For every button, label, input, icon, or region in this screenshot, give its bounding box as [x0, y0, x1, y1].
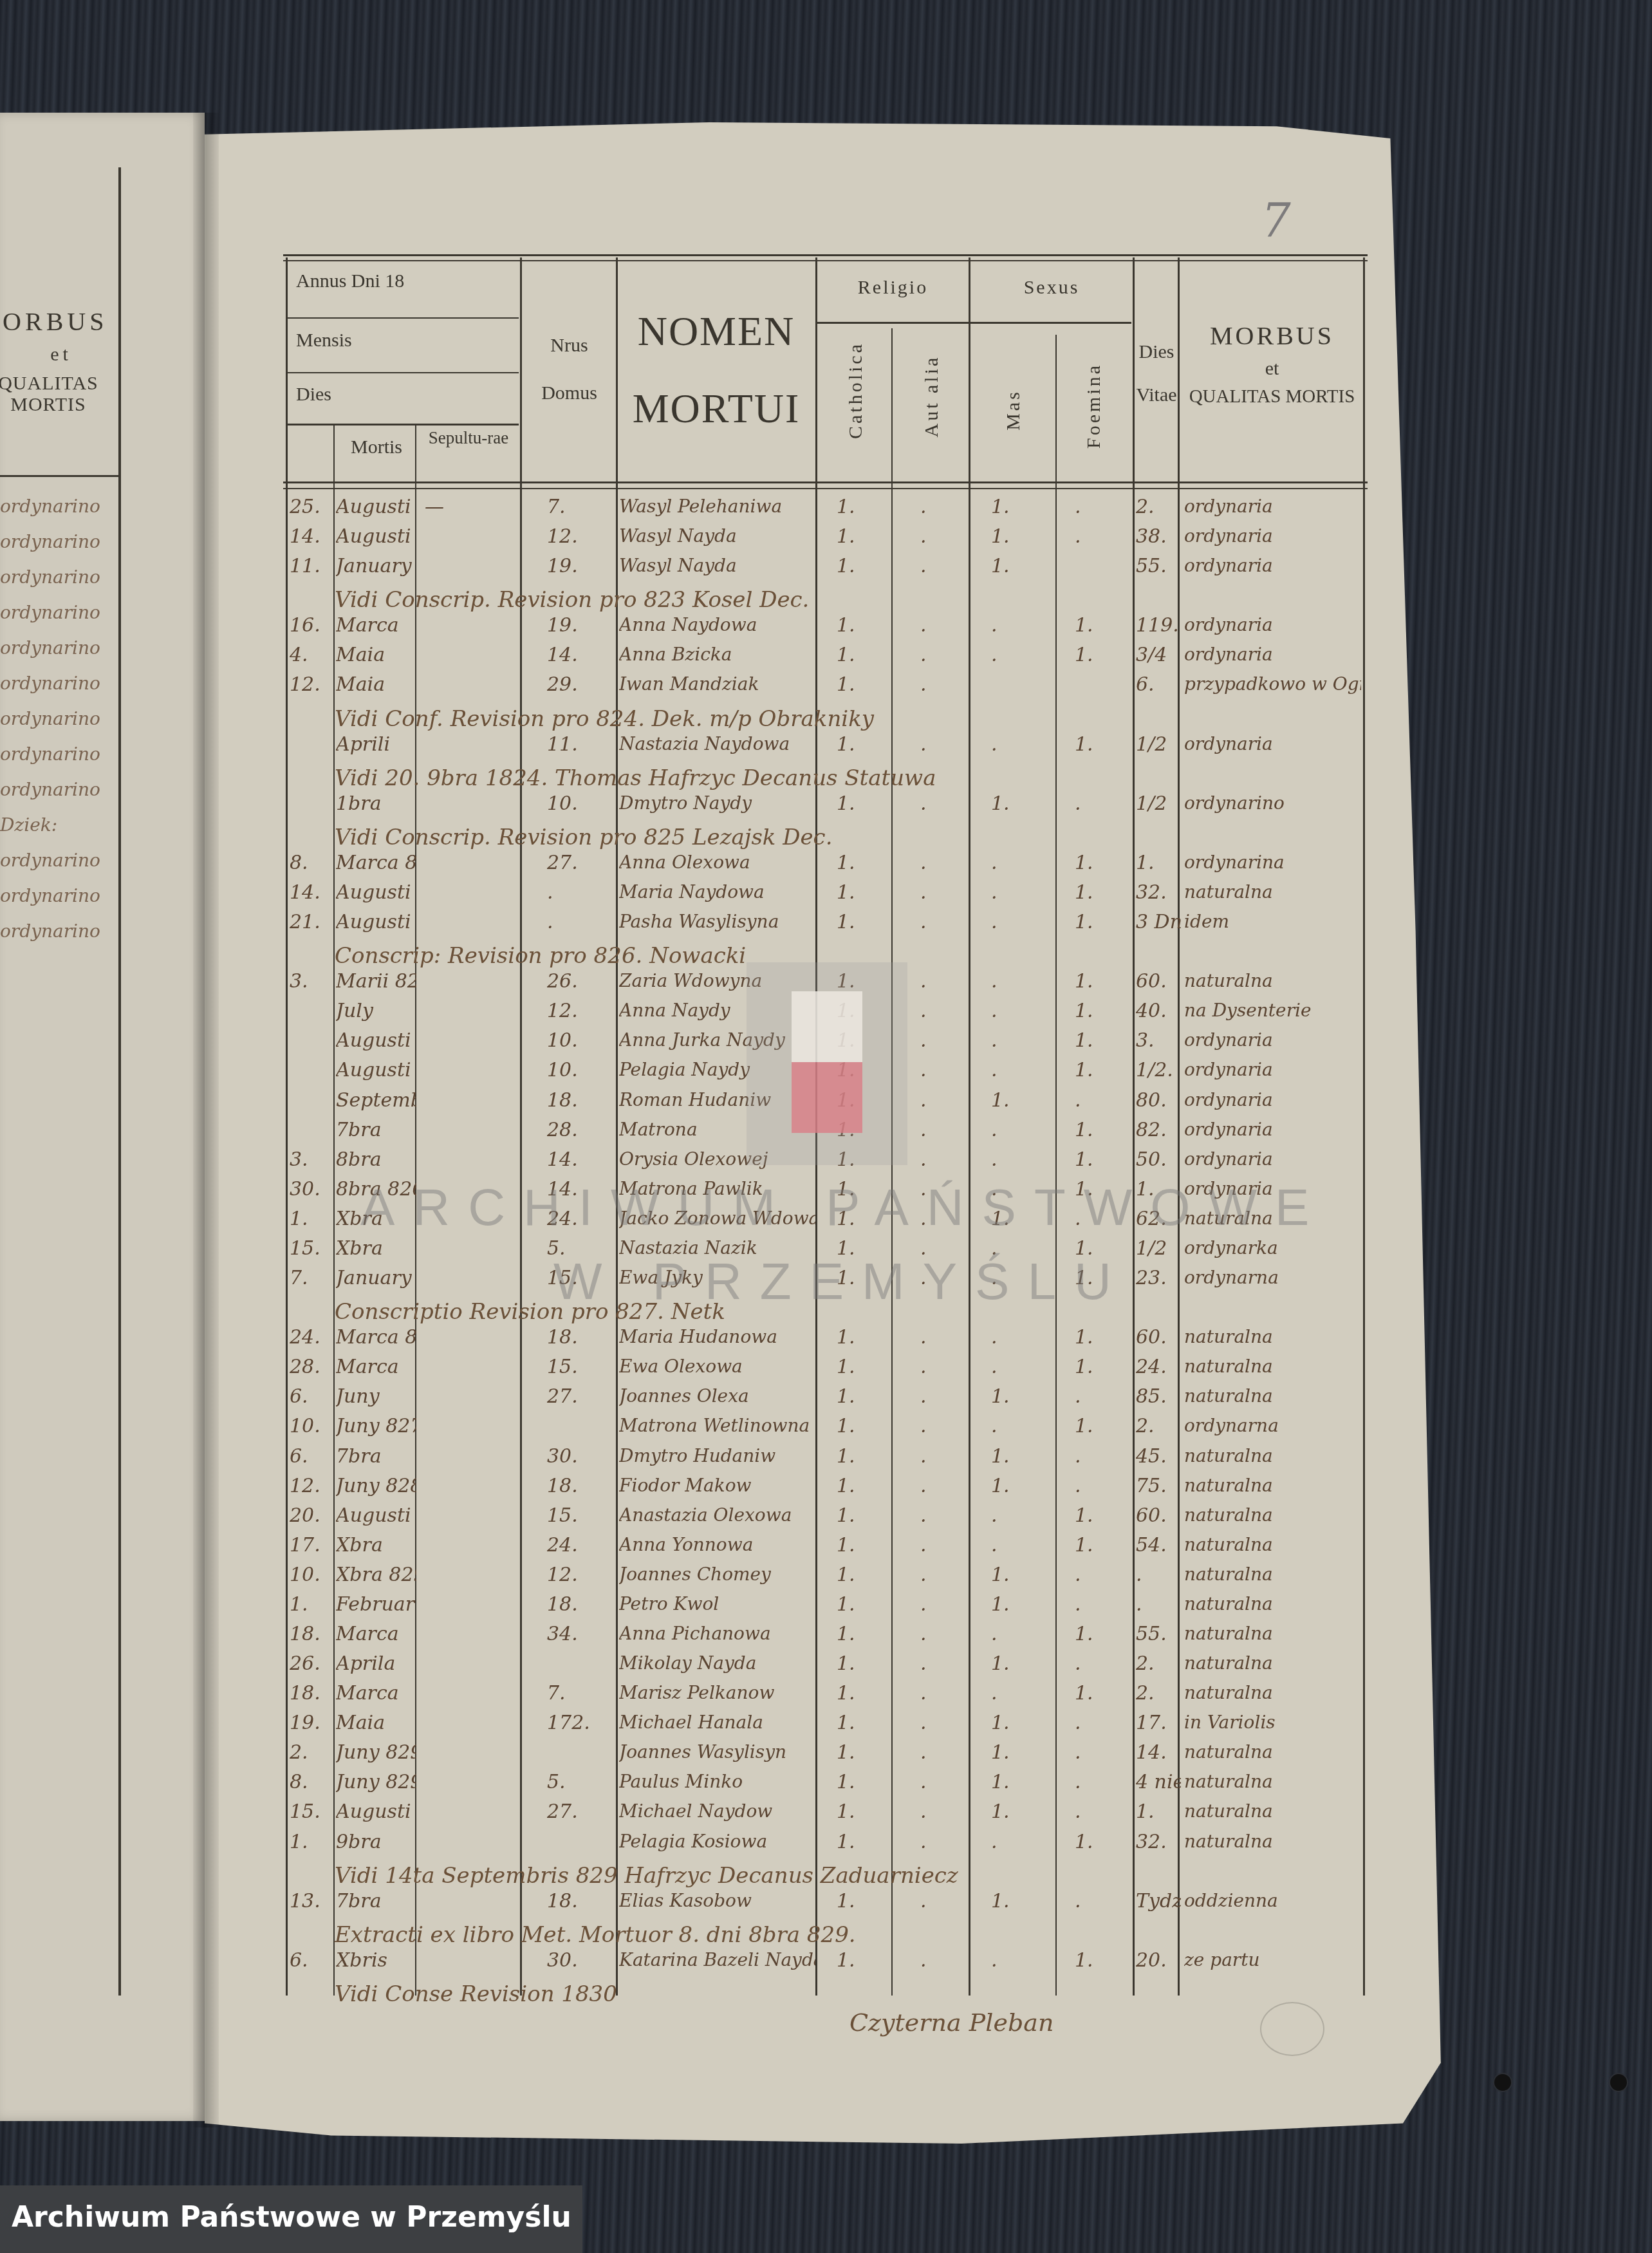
cell-sep: —: [425, 496, 515, 518]
cell-month: Augusti: [336, 496, 416, 518]
cell-vitae: 38.: [1136, 525, 1181, 548]
cell-morbus: in Variolis: [1184, 1712, 1361, 1733]
cell-alia: .: [920, 1029, 952, 1052]
cell-alia: .: [920, 1800, 952, 1823]
cell-month: Marca: [336, 614, 416, 637]
cell-name: Ewa Olexowa: [619, 1356, 815, 1377]
cell-month: Augusti: [336, 1059, 416, 1081]
cell-domus: 7.: [547, 1682, 611, 1705]
cell-name: Dmytro Naydy: [619, 792, 815, 814]
cell-alia: .: [920, 1564, 952, 1586]
cell-month: Marca 827: [336, 1326, 416, 1349]
cell-morbus: ordynaria: [1184, 496, 1361, 517]
cell-name: Dmytro Hudaniw: [619, 1445, 815, 1466]
cell-cath: 1.: [837, 496, 888, 518]
cell-domus: 11.: [547, 733, 611, 756]
cell-morbus: naturalna: [1184, 1504, 1361, 1526]
header-sexus: Sexus: [970, 277, 1133, 298]
header-foemina: Foemina: [1083, 371, 1105, 449]
watermark-flag-white: [792, 991, 862, 1062]
header-annus: Annus Dni 18: [296, 270, 404, 292]
cell-name: Iwan Mandziak: [619, 673, 815, 695]
cell-month: 9bra: [336, 1831, 416, 1853]
cell-cath: 1.: [837, 1445, 888, 1468]
cell-day: 12.: [290, 673, 335, 696]
cell-name: Anna Pichanowa: [619, 1623, 815, 1644]
cell-foem: .: [1075, 1712, 1126, 1734]
cell-vitae: 60.: [1136, 970, 1181, 993]
cell-cath: 1.: [837, 1504, 888, 1527]
cell-alia: .: [920, 1623, 952, 1645]
cell-mas: 1.: [991, 1800, 1043, 1823]
cell-alia: .: [920, 1089, 952, 1112]
cell-vitae: 2.: [1136, 1682, 1181, 1705]
cell-month: Juny 829: [336, 1741, 416, 1764]
cell-cath: 1.: [837, 1385, 888, 1408]
cell-vitae: 17.: [1136, 1712, 1181, 1734]
cell-day: 24.: [290, 1326, 335, 1349]
cell-name: Nastazia Naydowa: [619, 733, 815, 754]
cell-alia: .: [920, 614, 952, 637]
header-dies: Dies: [296, 384, 331, 405]
cell-vitae: 4 niesiecy: [1136, 1771, 1181, 1793]
cell-domus: 29.: [547, 673, 611, 696]
cell-foem: 1.: [1075, 1029, 1126, 1052]
cell-cath: 1.: [837, 1326, 888, 1349]
cell-alia: .: [920, 970, 952, 993]
register-annotation: Extracti ex libro Met. Mortuor 8. dni 8b…: [335, 1922, 856, 1948]
cell-month: Marca: [336, 1623, 416, 1645]
cell-name: Petro Kwol: [619, 1593, 815, 1614]
header-morbus-et: et: [1180, 358, 1364, 379]
cell-foem: 1.: [1075, 852, 1126, 874]
cell-mas: .: [991, 1000, 1043, 1022]
cell-vitae: 2.: [1136, 1415, 1181, 1437]
cell-month: 8bra: [336, 1148, 416, 1171]
cell-day: 19.: [290, 1712, 335, 1734]
cell-cath: 1.: [837, 614, 888, 637]
cell-cath: 1.: [837, 1623, 888, 1645]
cell-alia: .: [920, 1059, 952, 1081]
cell-month: 7bra: [336, 1890, 416, 1912]
cell-morbus: naturalna: [1184, 881, 1361, 902]
cell-day: 18.: [290, 1623, 335, 1645]
register-row: 21.Augusti.Pasha Wasylisyna1...1.3 Dniid…: [0, 911, 1652, 956]
cell-month: Juny 829: [336, 1771, 416, 1793]
cell-alia: .: [920, 733, 952, 756]
cell-morbus: ordynarna: [1184, 1267, 1361, 1288]
cell-foem: 1.: [1075, 1682, 1126, 1705]
cell-domus: 14.: [547, 644, 611, 666]
cell-domus: 18.: [547, 1890, 611, 1912]
screw-icon: [1609, 2073, 1628, 2092]
cell-day: 4.: [290, 644, 335, 666]
cell-alia: .: [920, 525, 952, 548]
cell-morbus: naturalna: [1184, 1652, 1361, 1674]
cell-morbus: ordynaria: [1184, 1059, 1361, 1080]
header-aut-alia: Aut alia: [921, 357, 943, 438]
cell-alia: .: [920, 644, 952, 666]
cell-vitae: 1/2: [1136, 1237, 1181, 1260]
cell-morbus: ordynaria: [1184, 644, 1361, 665]
cell-cath: 1.: [837, 881, 888, 904]
cell-morbus: na Dysenterie: [1184, 1000, 1361, 1021]
cell-alia: .: [920, 1000, 952, 1022]
header-mas: Mas: [1003, 368, 1025, 452]
cell-day: 17.: [290, 1534, 335, 1557]
register-annotation: Conscrip: Revision pro 826. Nowacki: [335, 943, 746, 969]
cell-day: 1.: [290, 1208, 335, 1230]
cell-foem: 1.: [1075, 1534, 1126, 1557]
cell-alia: .: [920, 1356, 952, 1378]
cell-name: Anastazia Olexowa: [619, 1504, 815, 1526]
cell-name: Joannes Wasylisyn: [619, 1741, 815, 1762]
cell-alia: .: [920, 1385, 952, 1408]
cell-name: Maria Hudanowa: [619, 1326, 815, 1347]
left-morbus-header: MORBUS et QUALITAS MORTIS: [0, 308, 122, 415]
header-morbus: MORBUS et QUALITAS MORTIS: [1180, 322, 1364, 407]
cell-name: Elias Kasobow: [619, 1890, 815, 1911]
cell-vitae: 50.: [1136, 1148, 1181, 1171]
watermark-line-2: W PRZEMYŚLU: [553, 1252, 1129, 1311]
cell-mas: 1.: [991, 496, 1043, 518]
cell-foem: 1.: [1075, 881, 1126, 904]
cell-mas: 1.: [991, 1712, 1043, 1734]
cell-foem: 1.: [1075, 1148, 1126, 1171]
register-row: 11.January19.Wasyl Nayda1..1.55.ordynari…: [0, 555, 1652, 600]
cell-alia: .: [920, 555, 952, 577]
archive-stamp: [1260, 2002, 1324, 2056]
cell-foem: 1.: [1075, 644, 1126, 666]
cell-domus: 30.: [547, 1949, 611, 1972]
cell-alia: .: [920, 1712, 952, 1734]
header-sepulturae: Sepultu-rae: [417, 429, 520, 448]
cell-month: 7bra: [336, 1119, 416, 1141]
cell-cath: 1.: [837, 792, 888, 815]
cell-foem: .: [1075, 792, 1126, 815]
cell-vitae: 55.: [1136, 555, 1181, 577]
cell-domus: 7.: [547, 496, 611, 518]
cell-foem: .: [1075, 1890, 1126, 1912]
register-annotation: Vidi 20. 9bra 1824. Thomas Hafrzyc Decan…: [335, 765, 936, 791]
header-morbus-title: MORBUS: [1180, 322, 1364, 350]
cell-domus: 27.: [547, 852, 611, 874]
cell-mas: .: [991, 1504, 1043, 1527]
cell-vitae: 82.: [1136, 1119, 1181, 1141]
cell-alia: .: [920, 1771, 952, 1793]
cell-month: Augusti: [336, 525, 416, 548]
cell-mas: .: [991, 1682, 1043, 1705]
cell-foem: .: [1075, 1800, 1126, 1823]
cell-month: Xbra: [336, 1534, 416, 1557]
cell-alia: .: [920, 852, 952, 874]
cell-vitae: 23.: [1136, 1267, 1181, 1289]
cell-morbus: ordynaria: [1184, 1148, 1361, 1170]
cell-domus: 24.: [547, 1534, 611, 1557]
header-nrus: Nrus: [523, 335, 616, 356]
cell-day: 25.: [290, 496, 335, 518]
cell-mas: 1.: [991, 1771, 1043, 1793]
cell-name: Anna Olexowa: [619, 852, 815, 873]
cell-month: Maia: [336, 673, 416, 696]
cell-name: Wasyl Nayda: [619, 555, 815, 576]
cell-month: Juny 828: [336, 1475, 416, 1497]
cell-vitae: 119.: [1136, 614, 1181, 637]
cell-cath: 1.: [837, 1356, 888, 1378]
cell-day: 6.: [290, 1385, 335, 1408]
cell-domus: 34.: [547, 1623, 611, 1645]
cell-foem: .: [1075, 525, 1126, 548]
cell-foem: .: [1075, 1564, 1126, 1586]
cell-day: 15.: [290, 1800, 335, 1823]
cell-domus: 15.: [547, 1356, 611, 1378]
cell-morbus: ordynaria: [1184, 614, 1361, 635]
cell-month: Juny 827: [336, 1415, 416, 1437]
cell-morbus: naturalna: [1184, 1326, 1361, 1347]
cell-cath: 1.: [837, 1475, 888, 1497]
cell-mas: .: [991, 852, 1043, 874]
cell-cath: 1.: [837, 1949, 888, 1972]
cell-vitae: 54.: [1136, 1534, 1181, 1557]
cell-month: Maia: [336, 1712, 416, 1734]
cell-mas: 1.: [991, 1890, 1043, 1912]
cell-name: Katarina Bazeli Nayda: [619, 1949, 815, 1970]
cell-morbus: naturalna: [1184, 1534, 1361, 1555]
cell-day: 8.: [290, 852, 335, 874]
cell-month: Juny: [336, 1385, 416, 1408]
cell-foem: 1.: [1075, 1415, 1126, 1437]
cell-foem: 1.: [1075, 1949, 1126, 1972]
cell-morbus: ordynarino: [1184, 792, 1361, 814]
cell-foem: .: [1075, 1771, 1126, 1793]
cell-cath: 1.: [837, 1712, 888, 1734]
cell-mas: .: [991, 1059, 1043, 1081]
cell-month: 1bra: [336, 792, 416, 815]
cell-mas: 1.: [991, 1385, 1043, 1408]
header-dies-vitae: Dies Vitae: [1135, 341, 1178, 406]
cell-cath: 1.: [837, 1890, 888, 1912]
cell-domus: .: [547, 881, 611, 904]
cell-month: July: [336, 1000, 416, 1022]
cell-foem: 1.: [1075, 970, 1126, 993]
cell-name: Pelagia Kosiowa: [619, 1831, 815, 1852]
cell-mas: .: [991, 614, 1043, 637]
cell-name: Michael Naydow: [619, 1800, 815, 1822]
cell-mas: .: [991, 1119, 1043, 1141]
cell-month: Marii 826: [336, 970, 416, 993]
cell-alia: .: [920, 496, 952, 518]
cell-alia: .: [920, 1682, 952, 1705]
cell-domus: 18.: [547, 1326, 611, 1349]
cell-alia: .: [920, 1475, 952, 1497]
archive-footer-label: Archiwum Państwowe w Przemyślu: [12, 2201, 571, 2234]
cell-alia: .: [920, 1741, 952, 1764]
cell-domus: 12.: [547, 525, 611, 548]
cell-vitae: 75.: [1136, 1475, 1181, 1497]
cell-foem: 1.: [1075, 1000, 1126, 1022]
cell-domus: .: [547, 911, 611, 933]
left-page-header-rule: [0, 475, 118, 477]
cell-foem: 1.: [1075, 1326, 1126, 1349]
cell-morbus: ordynaria: [1184, 1119, 1361, 1140]
cell-domus: 18.: [547, 1475, 611, 1497]
header-domus: Domus: [523, 382, 616, 404]
screw-icon: [1493, 2073, 1512, 2092]
cell-name: Fiodor Makow: [619, 1475, 815, 1496]
cell-cath: 1.: [837, 1741, 888, 1764]
page-number: 7: [1261, 193, 1291, 247]
cell-mas: .: [991, 733, 1043, 756]
cell-mas: .: [991, 1148, 1043, 1171]
cell-foem: .: [1075, 1593, 1126, 1616]
cell-morbus: ordynaria: [1184, 1029, 1361, 1051]
cell-vitae: 6.: [1136, 673, 1181, 696]
cell-domus: 14.: [547, 1148, 611, 1171]
cell-day: 20.: [290, 1504, 335, 1527]
register-annotation: Vidi Conse Revision 1830: [335, 1981, 617, 2007]
cell-vitae: 60.: [1136, 1504, 1181, 1527]
register-row: 6.Xbris30.Katarina Bazeli Nayda1...1.20.…: [0, 1949, 1652, 1994]
cell-vitae: Tydzien: [1136, 1890, 1181, 1912]
cell-mas: 1.: [991, 1564, 1043, 1586]
register-annotation: Vidi 14ta Septembris 829 Hafrzyc Decanus…: [335, 1863, 958, 1889]
cell-month: January 827: [336, 1267, 416, 1289]
cell-vitae: 85.: [1136, 1385, 1181, 1408]
cell-day: 13.: [290, 1890, 335, 1912]
cell-foem: .: [1075, 1475, 1126, 1497]
cell-alia: .: [920, 1534, 952, 1557]
header-mortis: Mortis: [341, 436, 412, 458]
cell-name: Joannes Olexa: [619, 1385, 815, 1407]
cell-month: Maia: [336, 644, 416, 666]
cell-cath: 1.: [837, 1564, 888, 1586]
cell-month: Marca: [336, 1356, 416, 1378]
left-qualitas: QUALITAS MORTIS: [0, 373, 122, 415]
cell-vitae: 2.: [1136, 1652, 1181, 1675]
cell-month: Xbra 829: [336, 1564, 416, 1586]
cell-mas: .: [991, 881, 1043, 904]
cell-morbus: oddzienna: [1184, 1890, 1361, 1911]
cell-vitae: 60.: [1136, 1326, 1181, 1349]
cell-mas: .: [991, 1326, 1043, 1349]
cell-mas: 1.: [991, 1652, 1043, 1675]
cell-name: Mikolay Nayda: [619, 1652, 815, 1674]
cell-vitae: 1/2: [1136, 733, 1181, 756]
cell-cath: 1.: [837, 1593, 888, 1616]
cell-morbus: naturalna: [1184, 1800, 1361, 1822]
cell-day: 7.: [290, 1267, 335, 1289]
cell-cath: 1.: [837, 1800, 888, 1823]
cell-month: Augusti 825: [336, 881, 416, 904]
cell-month: Marca: [336, 1682, 416, 1705]
watermark-line-1: ARCHIWUM PAŃSTWOWE: [360, 1178, 1327, 1237]
cell-cath: 1.: [837, 733, 888, 756]
cell-cath: 1.: [837, 1682, 888, 1705]
header-qualitas-mortis: QUALITAS MORTIS: [1180, 387, 1364, 407]
cell-mas: .: [991, 911, 1043, 933]
cell-domus: 27.: [547, 1800, 611, 1823]
header-nomen: NOMEN: [618, 309, 815, 354]
cell-domus: 27.: [547, 1385, 611, 1408]
cell-month: Februar: [336, 1593, 416, 1616]
cell-morbus: ordynaria: [1184, 525, 1361, 547]
cell-day: 3.: [290, 1148, 335, 1171]
cell-morbus: przypadkowo w Ogien: [1184, 673, 1361, 695]
cell-foem: .: [1075, 1652, 1126, 1675]
cell-mas: .: [991, 1949, 1043, 1972]
cell-cath: 1.: [837, 852, 888, 874]
cell-month: January: [336, 555, 416, 577]
cell-foem: 1.: [1075, 614, 1126, 637]
cell-vitae: 3/4: [1136, 644, 1181, 666]
cell-cath: 1.: [837, 673, 888, 696]
cell-vitae: 3.: [1136, 1029, 1181, 1052]
cell-day: 30.: [290, 1178, 335, 1201]
cell-vitae: 1/2.: [1136, 1059, 1181, 1081]
cell-morbus: naturalna: [1184, 970, 1361, 991]
cell-domus: 30.: [547, 1445, 611, 1468]
left-morbus-title: MORBUS: [0, 308, 122, 336]
cell-domus: 28.: [547, 1119, 611, 1141]
cell-domus: 12.: [547, 1564, 611, 1586]
cell-cath: 1.: [837, 911, 888, 933]
cell-domus: 12.: [547, 1000, 611, 1022]
cell-foem: 1.: [1075, 1059, 1126, 1081]
cell-vitae: 14.: [1136, 1741, 1181, 1764]
cell-domus: 18.: [547, 1089, 611, 1112]
cell-day: 18.: [290, 1682, 335, 1705]
cell-day: 6.: [290, 1445, 335, 1468]
cell-day: 10.: [290, 1415, 335, 1437]
cell-name: Pasha Wasylisyna: [619, 911, 815, 932]
cell-day: 1.: [290, 1831, 335, 1853]
cell-name: Anna Naydowa: [619, 614, 815, 635]
cell-mas: 1.: [991, 1475, 1043, 1497]
cell-month: Augusti: [336, 911, 416, 933]
cell-alia: .: [920, 1890, 952, 1912]
cell-name: Anna Yonnowa: [619, 1534, 815, 1555]
cell-mas: .: [991, 1029, 1043, 1052]
cell-vitae: 32.: [1136, 881, 1181, 904]
cell-alia: .: [920, 911, 952, 933]
cell-morbus: idem: [1184, 911, 1361, 932]
cell-vitae: 20.: [1136, 1949, 1181, 1972]
cell-mas: 1.: [991, 525, 1043, 548]
cell-foem: 1.: [1075, 1356, 1126, 1378]
watermark-flag-red: [792, 1062, 862, 1133]
cell-morbus: naturalna: [1184, 1593, 1361, 1614]
cell-mas: 1.: [991, 555, 1043, 577]
cell-vitae: 3 Dni: [1136, 911, 1181, 933]
cell-mas: 1.: [991, 1593, 1043, 1616]
cell-foem: 1.: [1075, 1119, 1126, 1141]
cell-vitae: 2.: [1136, 496, 1181, 518]
cell-name: Michael Hanala: [619, 1712, 815, 1733]
cell-alia: .: [920, 1504, 952, 1527]
cell-alia: .: [920, 1415, 952, 1437]
header-mortui: MORTUI: [618, 386, 815, 431]
cell-vitae: 1/2: [1136, 792, 1181, 815]
cell-vitae: 24.: [1136, 1356, 1181, 1378]
cell-cath: 1.: [837, 1652, 888, 1675]
cell-cath: 1.: [837, 1534, 888, 1557]
cell-vitae: 32.: [1136, 1831, 1181, 1853]
cell-foem: .: [1075, 1089, 1126, 1112]
cell-day: 28.: [290, 1356, 335, 1378]
cell-alia: .: [920, 1148, 952, 1171]
cell-month: Xbra: [336, 1237, 416, 1260]
cell-morbus: naturalna: [1184, 1623, 1361, 1644]
